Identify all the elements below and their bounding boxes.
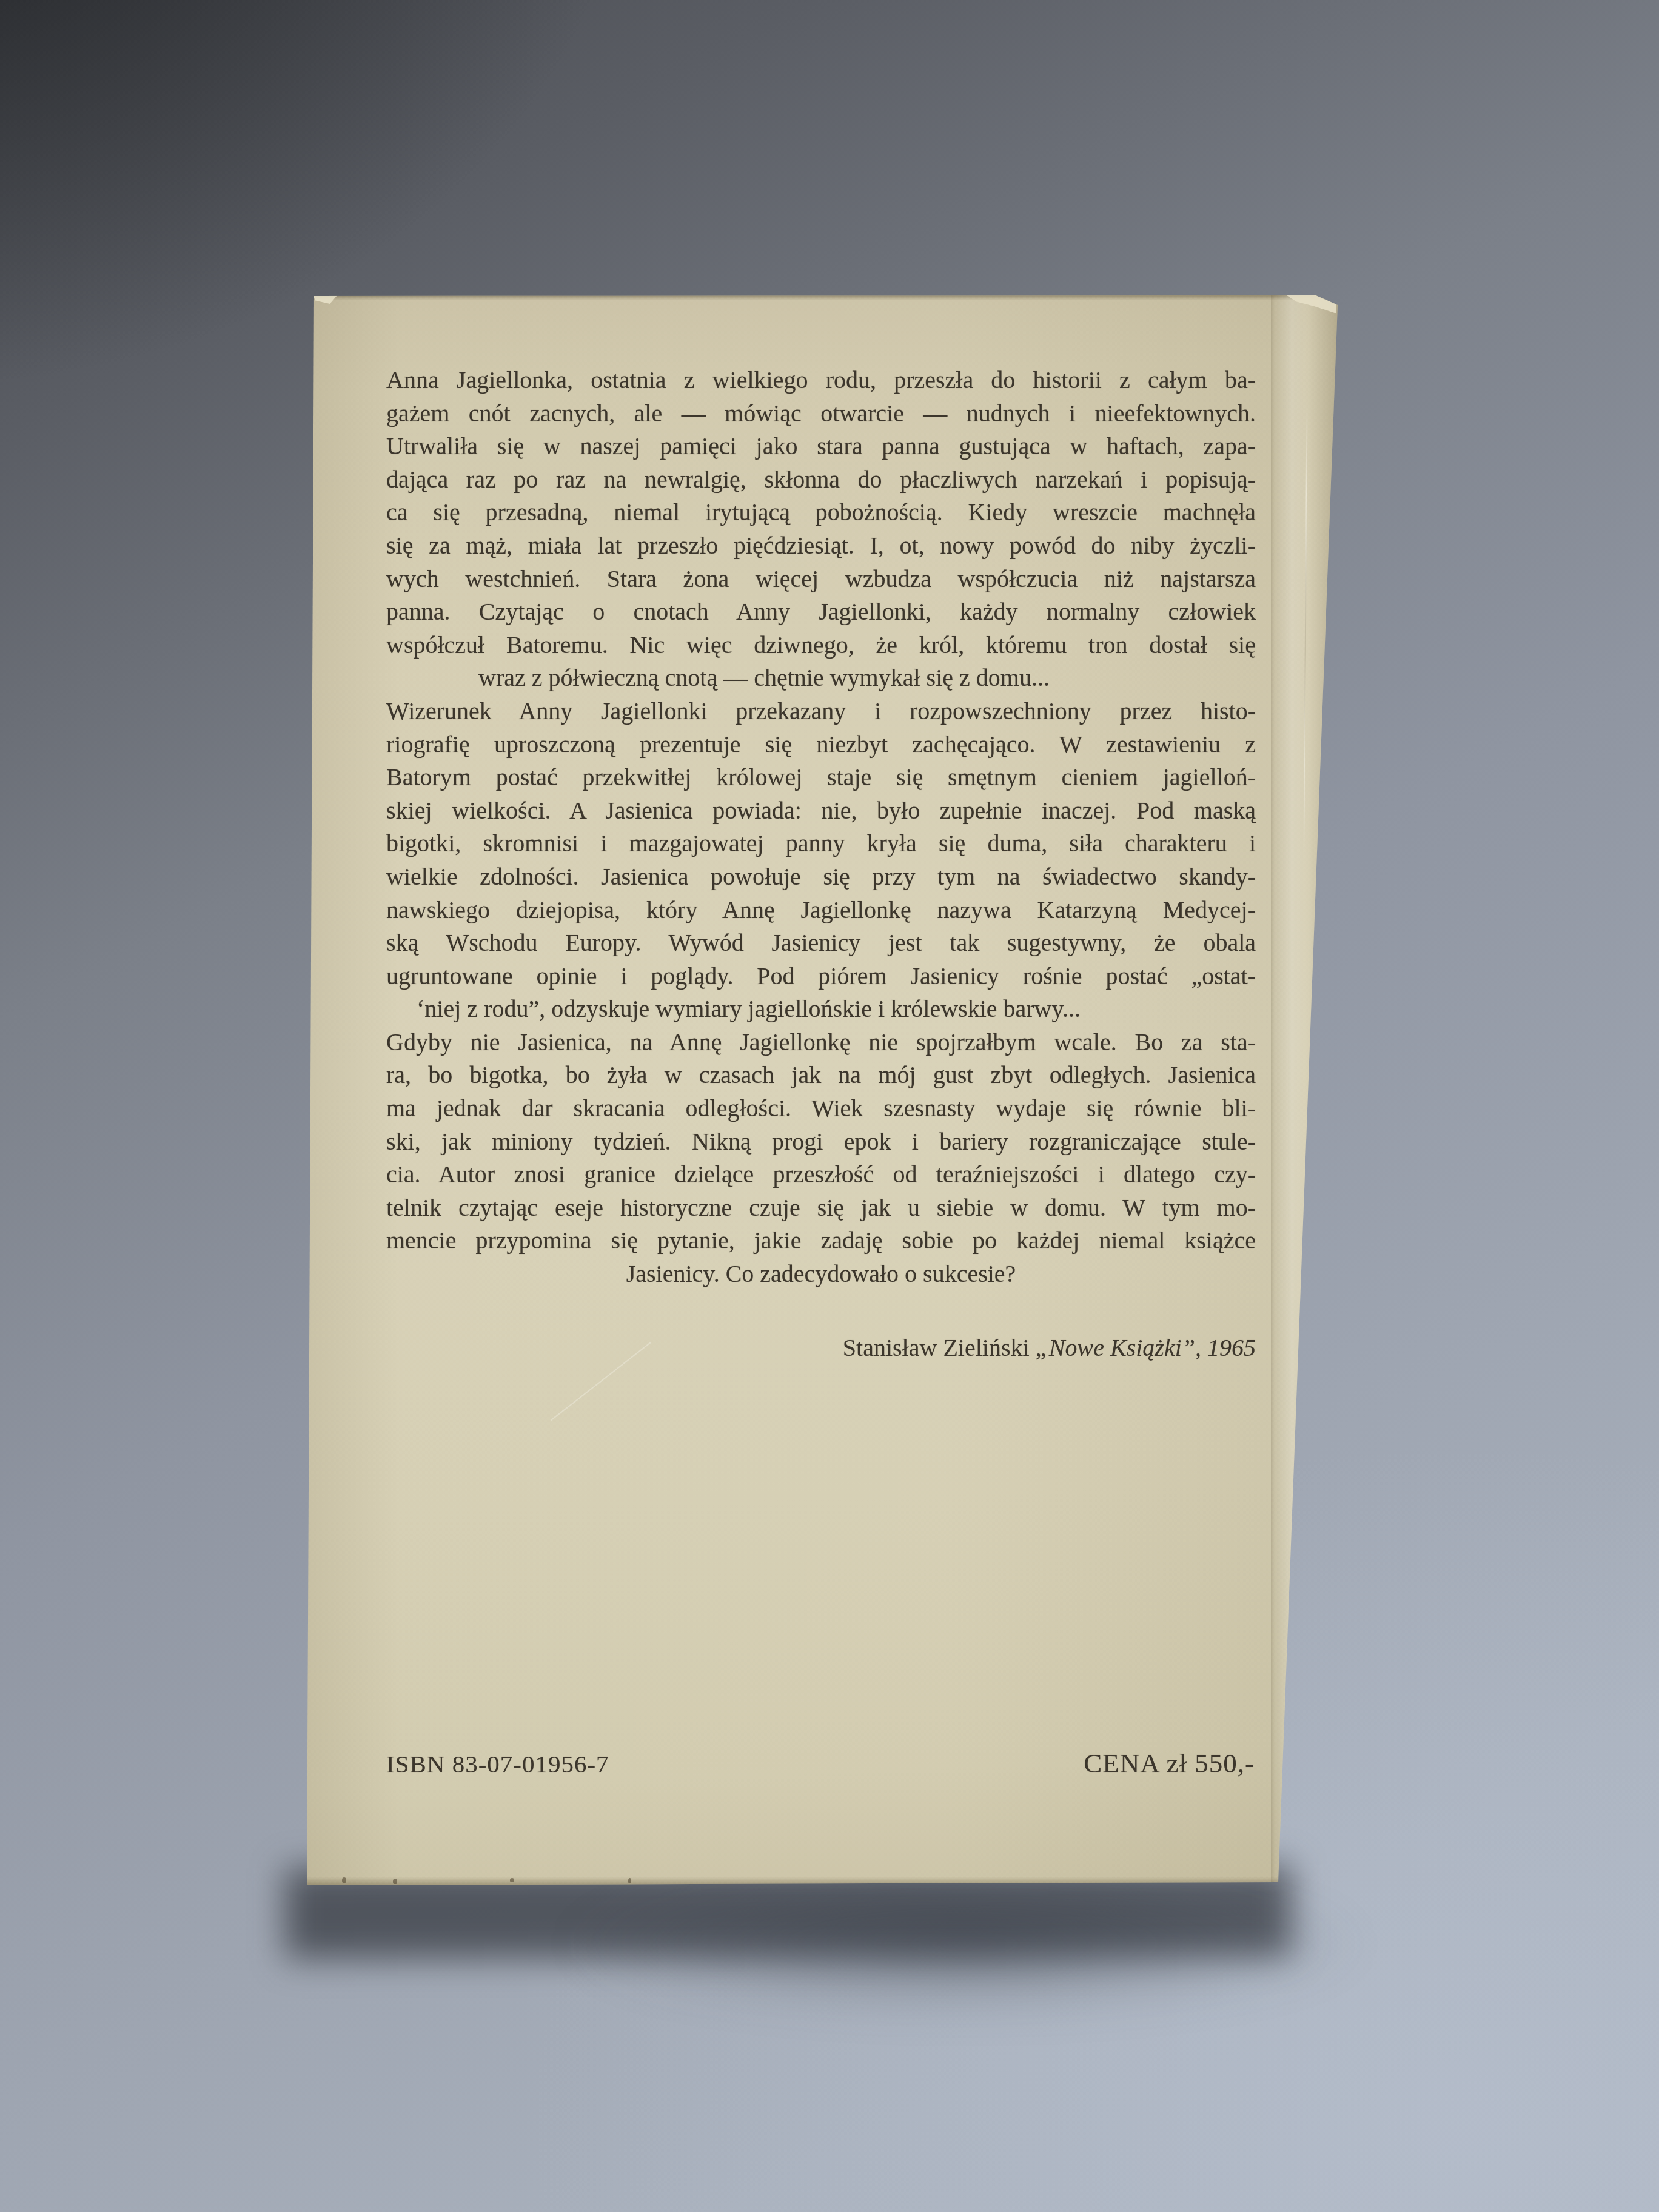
blurb-line: ca się przesadną, niemal irytującą poboż… xyxy=(386,496,1256,529)
blurb-line: wraz z półwieczną cnotą — chętnie wymyka… xyxy=(386,662,1256,695)
blurb-line: ra, bo bigotka, bo żyła w czasach jak na… xyxy=(386,1059,1256,1092)
blurb-line: ma jednak dar skracania odległości. Wiek… xyxy=(386,1092,1256,1125)
bottom-edge-nick xyxy=(342,1877,346,1883)
blurb-text: Anna Jagiellonka, ostatnia z wielkiego r… xyxy=(386,364,1256,1291)
blurb-line: się za mąż, miała lat przeszło pięćdzies… xyxy=(386,529,1256,563)
blurb-line: cia. Autor znosi granice dzielące przesz… xyxy=(386,1158,1256,1191)
blurb-line: bigotki, skromnisi i mazgajowatej panny … xyxy=(386,827,1256,860)
blurb-line: nawskiego dziejopisa, który Annę Jagiell… xyxy=(386,894,1256,927)
book-back-cover: Anna Jagiellonka, ostatnia z wielkiego r… xyxy=(307,295,1338,1885)
attribution-source: „Nowe Książki”, 1965 xyxy=(1036,1334,1256,1361)
blurb-line: Utrwaliła się w naszej pamięci jako star… xyxy=(386,430,1256,463)
blurb-line: gażem cnót zacnych, ale — mówiąc otwarci… xyxy=(386,397,1256,431)
blurb-line: ski, jak miniony tydzień. Nikną progi ep… xyxy=(386,1125,1256,1159)
blurb-line: Gdyby nie Jasienica, na Annę Jagiellonkę… xyxy=(386,1026,1256,1059)
blurb-line: telnik czytając eseje historyczne czuje … xyxy=(386,1191,1256,1225)
bottom-edge-nick xyxy=(510,1878,514,1882)
price-label: CENA zł 550,- xyxy=(1084,1748,1256,1779)
blurb-line: wielkie zdolności. Jasienica powołuje si… xyxy=(386,860,1256,894)
blurb-line: ‘niej z rodu”, odzyskuje wymiary jagiell… xyxy=(386,993,1256,1026)
blurb-line: współczuł Batoremu. Nic więc dziwnego, ż… xyxy=(386,629,1256,662)
blurb-line: ską Wschodu Europy. Wywód Jasienicy jest… xyxy=(386,927,1256,960)
blurb-line: skiej wielkości. A Jasienica powiada: ni… xyxy=(386,794,1256,828)
page-block-edge xyxy=(1271,295,1338,1885)
blurb-line: dająca raz po raz na newralgię, skłonna … xyxy=(386,463,1256,497)
blurb-line: riografię uproszczoną prezentuje się nie… xyxy=(386,728,1256,762)
bottom-edge-nick xyxy=(628,1878,631,1883)
back-cover-content: Anna Jagiellonka, ostatnia z wielkiego r… xyxy=(386,295,1256,1779)
blurb-line: Jasienicy. Co zadecydowało o sukcesie? xyxy=(386,1258,1256,1291)
book-shadow-soft xyxy=(388,1874,1540,2074)
footer-row: ISBN 83-07-01956-7 CENA zł 550,- xyxy=(386,1748,1256,1779)
blurb-line: mencie przypomina się pytanie, jakie zad… xyxy=(386,1224,1256,1258)
attribution-line: Stanisław Zieliński „Nowe Książki”, 1965 xyxy=(386,1331,1256,1364)
blurb-line: Batorym postać przekwitłej królowej staj… xyxy=(386,761,1256,794)
blurb-line: panna. Czytając o cnotach Anny Jagiellon… xyxy=(386,595,1256,629)
bottom-edge-nick xyxy=(393,1879,397,1884)
blurb-line: Wizerunek Anny Jagiellonki przekazany i … xyxy=(386,695,1256,728)
blurb-line: wych westchnień. Stara żona więcej wzbud… xyxy=(386,563,1256,596)
photo-background: Anna Jagiellonka, ostatnia z wielkiego r… xyxy=(0,0,1659,2212)
worn-corner-top-left xyxy=(313,295,337,304)
blurb-line: ugruntowane opinie i poglądy. Pod piórem… xyxy=(386,960,1256,993)
attribution-author: Stanisław Zieliński xyxy=(843,1334,1030,1361)
blurb-line: Anna Jagiellonka, ostatnia z wielkiego r… xyxy=(386,364,1256,397)
isbn-number: ISBN 83-07-01956-7 xyxy=(386,1749,609,1778)
